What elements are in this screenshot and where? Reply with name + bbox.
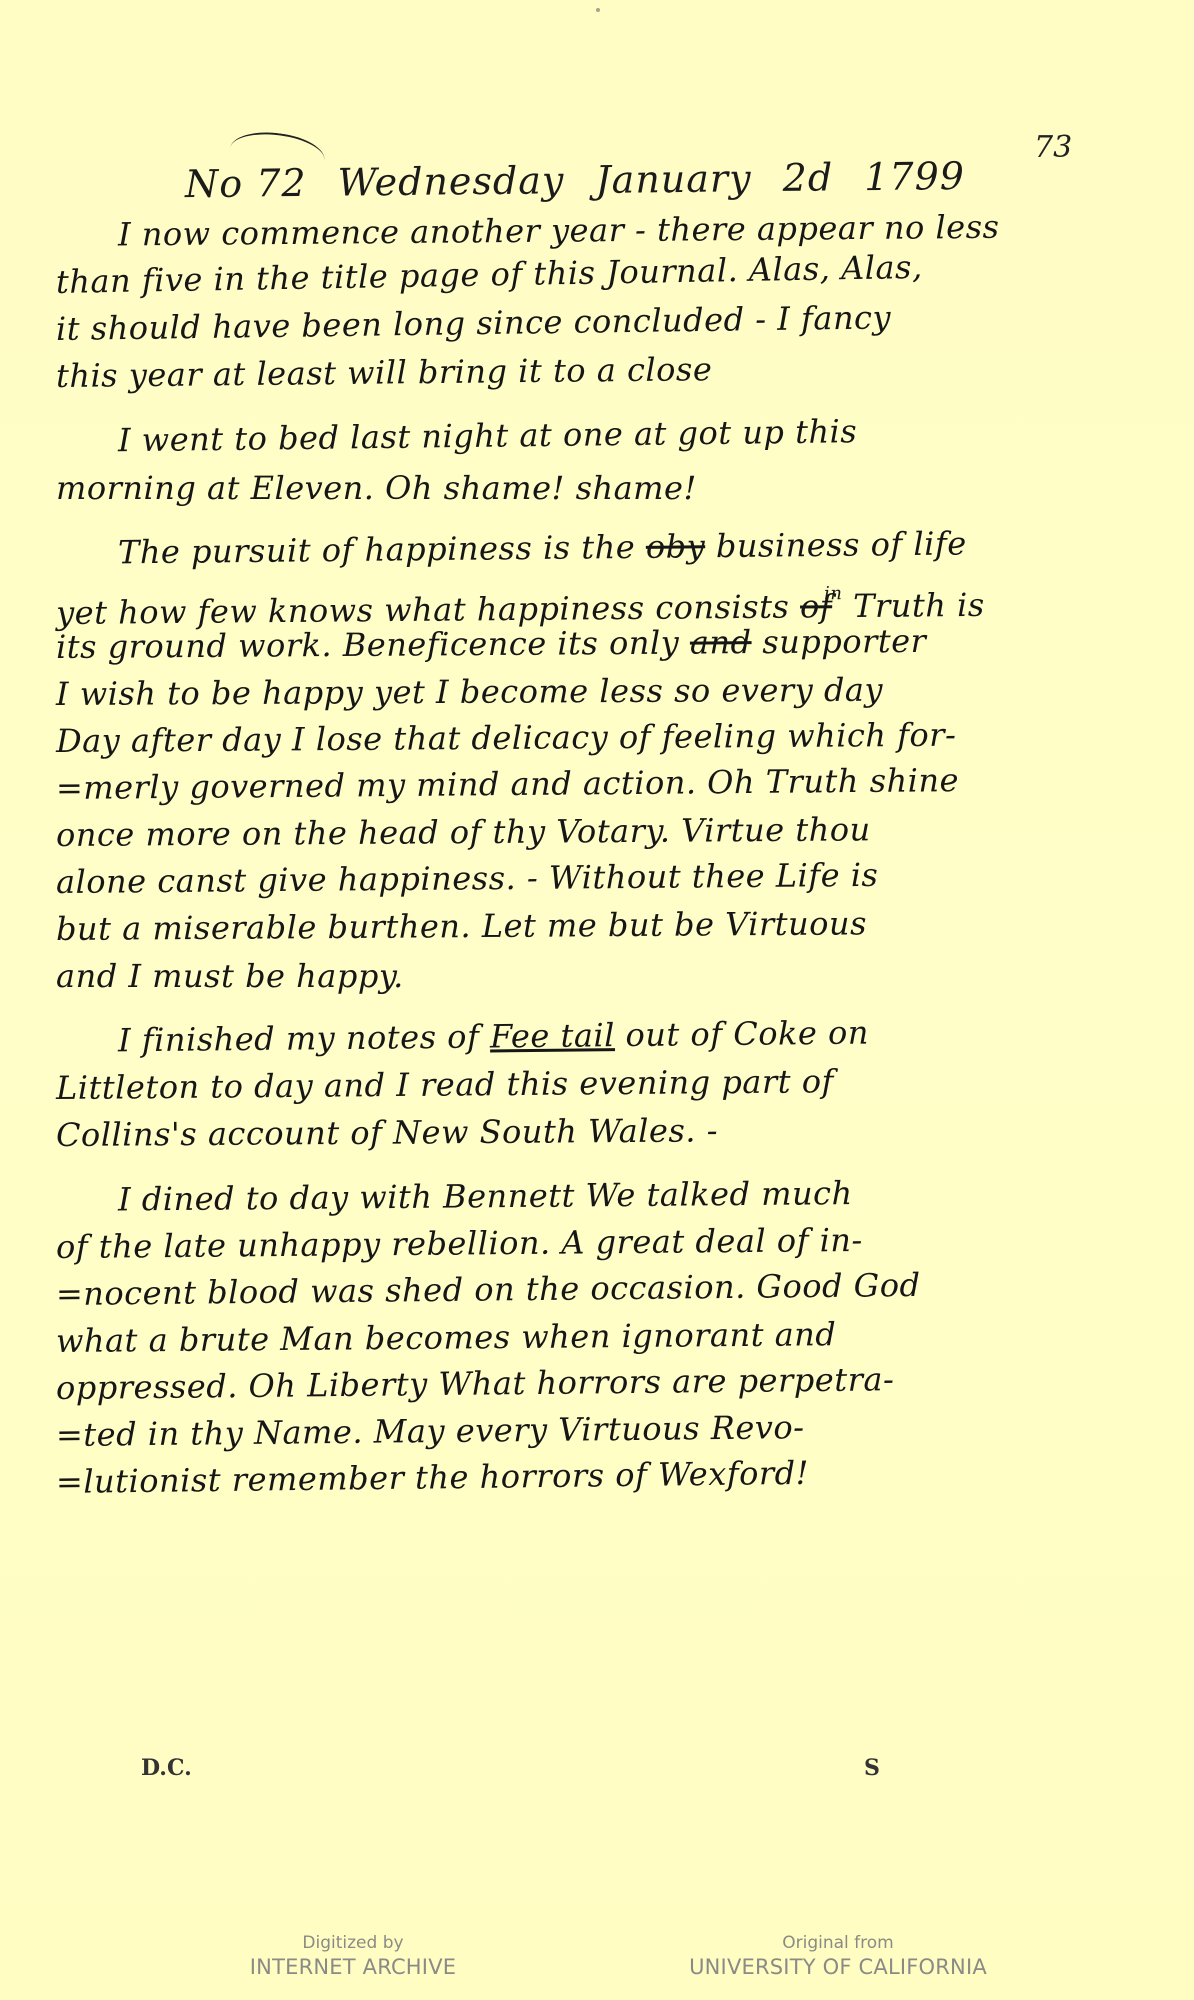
text-line: Collins's account of New South Wales. - [56, 1105, 1086, 1159]
text-line: =merly governed my mind and action. Oh T… [56, 756, 1086, 812]
text-line: this year at least will bring it to a cl… [56, 342, 1086, 400]
text-line: The pursuit of happiness is the oby busi… [56, 519, 1086, 577]
signature-mark-dc: D.C. [141, 1755, 192, 1781]
text-segment: out of Coke on [625, 1013, 869, 1054]
text-segment: The pursuit of happiness is the [118, 528, 636, 571]
text-line: I finished my notes of Fee tail out of C… [56, 1007, 1086, 1065]
struck-word: oby [646, 527, 706, 566]
signature-mark-s: S [864, 1755, 880, 1781]
text-line: alone canst give happiness. - Without th… [56, 850, 1086, 906]
text-segment: its ground work. Beneficence its only [56, 624, 680, 666]
text-line: Littleton to day and I read this evening… [56, 1056, 1086, 1112]
entry-year: 1799 [864, 154, 965, 199]
text-line: its ground work. Beneficence its only an… [56, 617, 1086, 671]
text-line: =nocent blood was shed on the occasion. … [56, 1260, 1086, 1318]
entry-month: January [595, 156, 752, 202]
text-segment: supporter [762, 622, 926, 661]
text-line: but a miserable burthen. Let me but be V… [56, 899, 1086, 953]
credit-label: Digitized by [248, 1932, 458, 1954]
manuscript-page: 73 No 72 Wednesday January 2d 1799 I now… [0, 0, 1194, 2000]
underlined-term: Fee tail [490, 1016, 615, 1055]
text-line: morning at Eleven. Oh shame! shame! [56, 465, 1086, 512]
entry-weekday: Wednesday [337, 158, 564, 204]
entry-day: 2d [782, 155, 833, 200]
entry-heading: No 72 Wednesday January 2d 1799 [185, 154, 983, 206]
original-from-credit: Original from UNIVERSITY OF CALIFORNIA [688, 1932, 988, 1980]
credit-source: UNIVERSITY OF CALIFORNIA [688, 1954, 988, 1980]
text-segment: business of life [716, 524, 967, 565]
struck-word: and [690, 623, 752, 661]
credit-label: Original from [688, 1932, 988, 1954]
text-line: and I must be happy. [56, 953, 1086, 1000]
credit-source: INTERNET ARCHIVE [248, 1954, 458, 1980]
page-number: 73 [1034, 130, 1072, 165]
digitized-by-credit: Digitized by INTERNET ARCHIVE [248, 1932, 458, 1980]
ink-speck [596, 8, 600, 12]
text-segment: I finished my notes of [118, 1018, 480, 1060]
text-line: yet how few knows what happiness consist… [56, 568, 1086, 624]
journal-body: I now commence another year - there appe… [56, 212, 1086, 1506]
text-line: I wish to be happy yet I become less so … [56, 666, 1086, 718]
inserted-word: in [824, 583, 843, 604]
